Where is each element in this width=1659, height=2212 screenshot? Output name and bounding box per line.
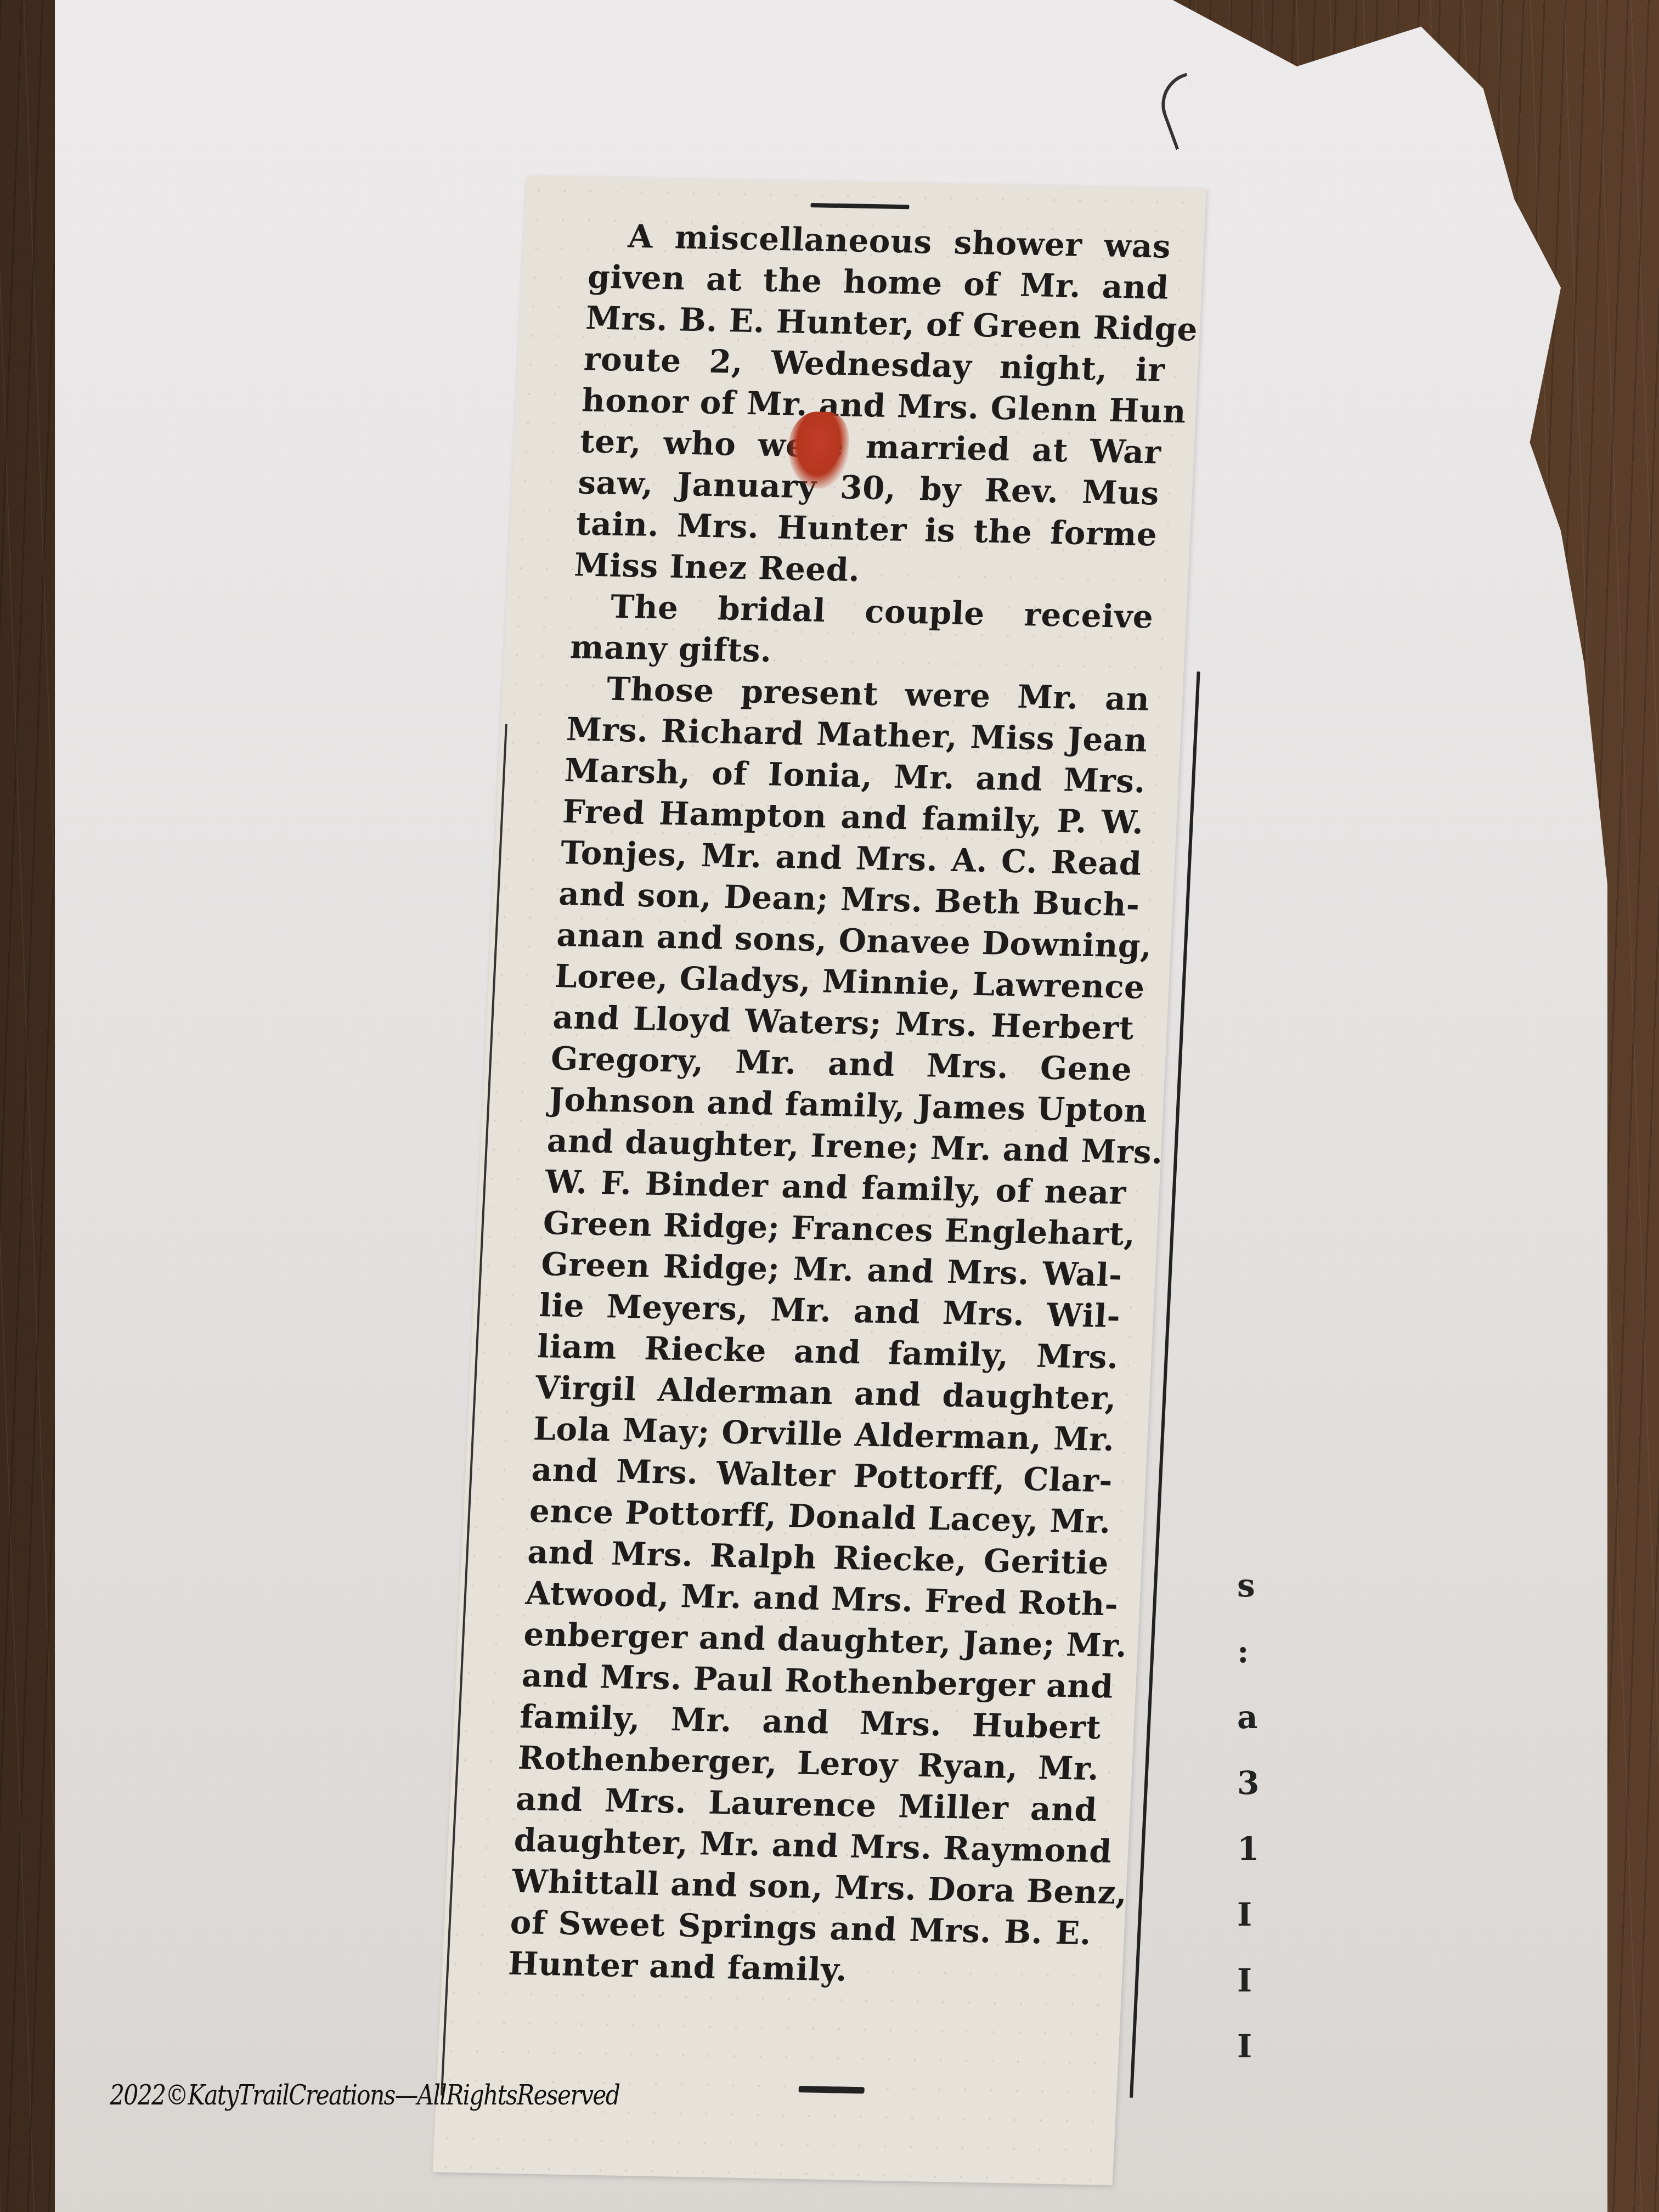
fragment-glyph: 1 (1237, 1816, 1265, 1882)
article-paragraph: A miscellaneous shower wasgiven at the h… (535, 215, 1172, 597)
fragment-glyph: : (1237, 1618, 1265, 1684)
newspaper-clipping: A miscellaneous shower wasgiven at the h… (432, 176, 1206, 2185)
bottom-rule (798, 2086, 864, 2093)
fragment-glyph: 3 (1237, 1750, 1265, 1816)
fragment-glyph: s (1237, 1553, 1265, 1618)
article-paragraph: Those present were Mr. anMrs. Richard Ma… (469, 667, 1150, 1995)
article-paragraph: The bridal couple receivemany gifts. (531, 585, 1154, 679)
copyright-watermark: 2022©KatyTrailCreations—AllRightsReserve… (110, 2079, 619, 2111)
fragment-glyph: I (1237, 1948, 1265, 2013)
adjacent-column-fragments: s:a31III (1237, 1553, 1265, 2079)
fragment-glyph: I (1237, 1882, 1265, 1948)
top-rule (810, 203, 909, 209)
fragment-glyph: I (1237, 2013, 1265, 2079)
fragment-glyph: a (1237, 1684, 1265, 1750)
